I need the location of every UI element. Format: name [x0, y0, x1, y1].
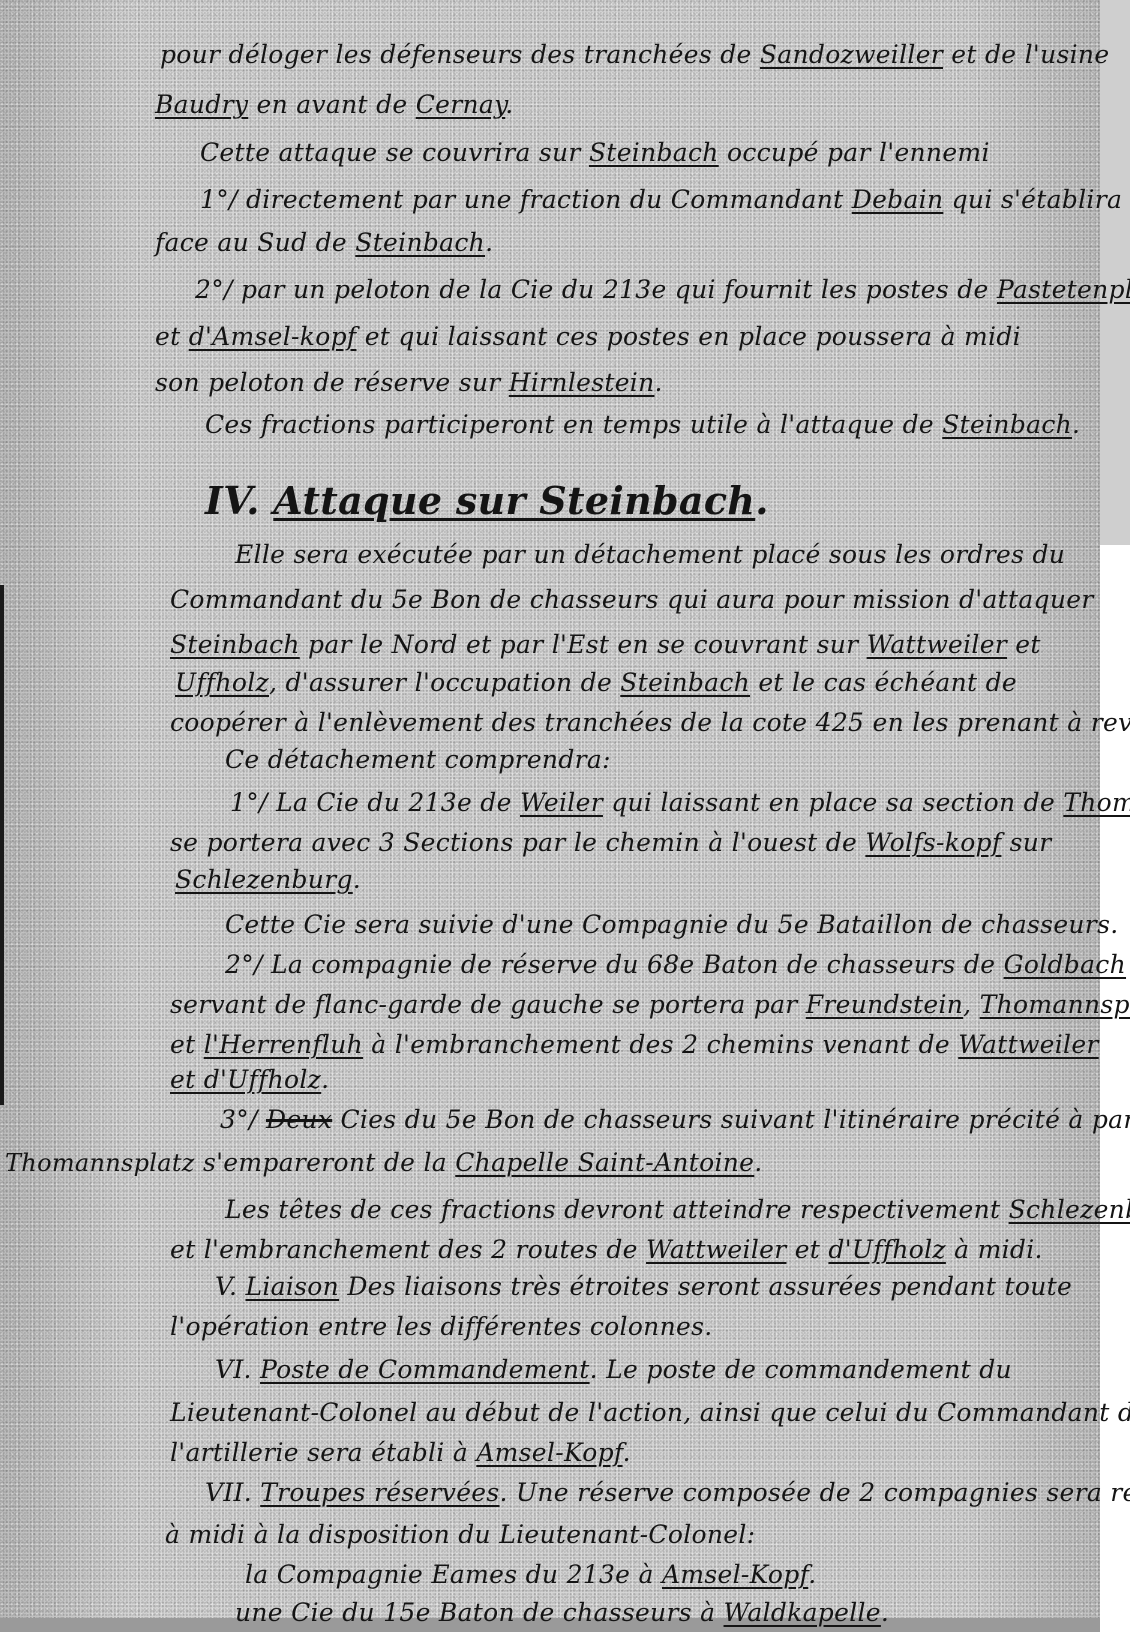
text-line: 3°/ Deux Cies du 5e Bon de chasseurs sui… [220, 1105, 1130, 1134]
text-line: Cette attaque se couvrira sur Steinbach … [200, 138, 990, 167]
text-line: l'opération entre les différentes colonn… [170, 1312, 712, 1341]
text-line: 1°/ directement par une fraction du Comm… [200, 185, 1122, 214]
text-line: Les têtes de ces fractions devront attei… [225, 1195, 1130, 1224]
section-heading-vi: Poste de Commandement [260, 1355, 590, 1384]
text-line: coopérer à l'enlèvement des tranchées de… [170, 708, 1130, 737]
text-line: servant de flanc-garde de gauche se port… [170, 990, 1130, 1019]
text-line: face au Sud de Steinbach. [155, 228, 493, 257]
page-edge-strip [1100, 0, 1130, 545]
section-vi: VI. Poste de Commandement. Le poste de c… [215, 1355, 1012, 1384]
section-heading-iv: IV. Attaque sur Steinbach. [205, 478, 769, 523]
text-line: Ce détachement comprendra: [225, 745, 611, 774]
text-line: 2°/ par un peloton de la Cie du 213e qui… [195, 275, 1130, 304]
section-heading-v: Liaison [245, 1272, 339, 1301]
section-heading-vii: Troupes réservées [260, 1478, 499, 1507]
text-line: Commandant du 5e Bon de chasseurs qui au… [170, 585, 1094, 614]
text-line: et l'Herrenfluh à l'embranchement des 2 … [170, 1030, 1099, 1059]
text-line: 1°/ La Cie du 213e de Weiler qui laissan… [230, 788, 1130, 817]
text-line: et d'Uffholz. [170, 1065, 329, 1094]
text-line: pour déloger les défenseurs des tranchée… [160, 40, 1109, 69]
text-line: Cette Cie sera suivie d'une Compagnie du… [225, 910, 1118, 939]
text-line: Baudry en avant de Cernay. [155, 90, 513, 119]
text-line: la Compagnie Eames du 213e à Amsel-Kopf. [245, 1560, 816, 1589]
text-line: 2°/ La compagnie de réserve du 68e Baton… [225, 950, 1130, 979]
scan-left-edge [0, 585, 4, 1105]
text-line: l'artillerie sera établi à Amsel-Kopf. [170, 1438, 631, 1467]
section-v: V. Liaison Des liaisons très étroites se… [215, 1272, 1072, 1301]
text-line: et l'embranchement des 2 routes de Wattw… [170, 1235, 1043, 1264]
text-line: Uffholz, d'assurer l'occupation de Stein… [175, 668, 1017, 697]
text-line: et d'Amsel-kopf et qui laissant ces post… [155, 322, 1021, 351]
text-line: Schlezenburg. [175, 865, 361, 894]
section-vii: VII. Troupes réservées. Une réserve comp… [205, 1478, 1130, 1507]
text-line: Lieutenant-Colonel au début de l'action,… [170, 1398, 1130, 1427]
text-line: son peloton de réserve sur Hirnlestein. [155, 368, 663, 397]
text-line: Steinbach par le Nord et par l'Est en se… [170, 630, 1041, 659]
text-line: Thomannsplatz s'empareront de la Chapell… [5, 1148, 763, 1177]
text-line: Ces fractions participeront en temps uti… [205, 410, 1080, 439]
text-line: une Cie du 15e Baton de chasseurs à Wald… [235, 1598, 889, 1627]
text-line: à midi à la disposition du Lieutenant-Co… [165, 1520, 755, 1549]
margin-note: Thomannsplatz [5, 1149, 195, 1177]
text-line: se portera avec 3 Sections par le chemin… [170, 828, 1051, 857]
text-line: Elle sera exécutée par un détachement pl… [235, 540, 1065, 569]
